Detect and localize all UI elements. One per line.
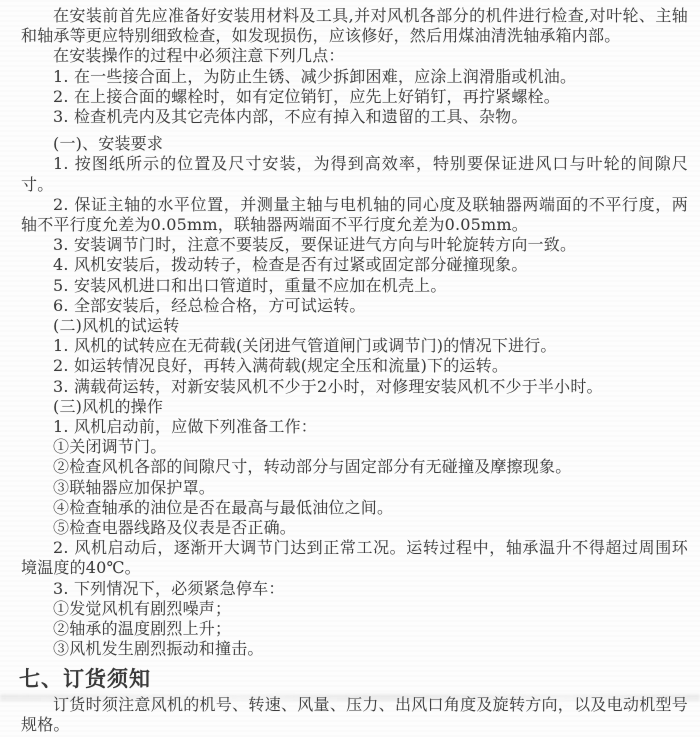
prep-step-3: ③联轴器应加保护罩。 <box>21 478 688 498</box>
install-requirement-6: 6. 全部安装后，经总检合格，方可试运转。 <box>21 296 688 316</box>
intro-paragraph: 在安装前首先应准备好安装用材料及工具,并对风机各部分的机件进行检查,对叶轮、主轴… <box>21 6 688 46</box>
emergency-condition-3: ③风机发生剧烈振动和撞击。 <box>21 639 688 659</box>
prep-step-2: ②检查风机各部的间隙尺寸，转动部分与固定部分有无碰撞及摩擦现象。 <box>21 457 688 477</box>
operation-running-note: 2. 风机启动后，逐渐开大调节门达到正常工况。运转过程中，轴承温升不得超过周围环… <box>21 538 688 578</box>
install-note-3: 3. 检查机壳内及其它壳体内部，不应有掉入和遗留的工具、杂物。 <box>21 107 688 127</box>
emergency-condition-1: ①发觉风机有剧烈噪声； <box>21 599 688 619</box>
subsection-heading-trial-run: (二)风机的试运转 <box>21 316 688 336</box>
subsection-heading-operation: (三)风机的操作 <box>21 397 688 417</box>
install-note-2: 2. 在上接合面的螺栓时，如有定位销钉，应先上好销钉，再拧紧螺栓。 <box>21 87 688 107</box>
install-requirement-5: 5. 安装风机进口和出口管道时，重量不应加在机壳上。 <box>21 276 688 296</box>
trial-run-3: 3. 满载荷运转，对新安装风机不少于2小时，对修理安装风机不少于半小时。 <box>21 377 688 397</box>
operation-prep-intro: 1. 风机启动前，应做下列准备工作： <box>21 417 688 437</box>
install-notes-intro: 在安装操作的过程中必须注意下列几点： <box>21 46 688 66</box>
trial-run-1: 1. 风机的试转应在无荷载(关闭进气管道闸门或调节门)的情况下进行。 <box>21 336 688 356</box>
emergency-condition-2: ②轴承的温度剧烈上升； <box>21 619 688 639</box>
section-heading-order-notice: 七、订货须知 <box>19 666 688 692</box>
prep-step-5: ⑤检查电器线路及仪表是否正确。 <box>21 518 688 538</box>
order-notice-paragraph: 订货时须注意风机的机号、转速、风量、压力、出风口角度及旋转方向，以及电动机型号规… <box>21 695 688 735</box>
install-requirement-1: 1. 按图纸所示的位置及尺寸安装，为得到高效率，特别要保证进风口与叶轮的间隙尺寸… <box>21 154 688 194</box>
prep-step-1: ①关闭调节门。 <box>21 437 688 457</box>
subsection-heading-install-requirements: (一)、安装要求 <box>21 134 688 154</box>
document-page: 在安装前首先应准备好安装用材料及工具,并对风机各部分的机件进行检查,对叶轮、主轴… <box>0 0 700 737</box>
install-note-1: 1. 在一些接合面上，为防止生锈、减少拆卸困难，应涂上润滑脂或机油。 <box>21 67 688 87</box>
install-requirement-4: 4. 风机安装后，拨动转子，检查是否有过紧或固定部分碰撞现象。 <box>21 255 688 275</box>
install-requirement-3: 3. 安装调节门时，注意不要装反，要保证进气方向与叶轮旋转方向一致。 <box>21 235 688 255</box>
prep-step-4: ④检查轴承的油位是否在最高与最低油位之间。 <box>21 498 688 518</box>
emergency-stop-intro: 3. 下列情况下，必须紧急停车： <box>21 579 688 599</box>
install-requirement-2: 2. 保证主轴的水平位置，并测量主轴与电机轴的同心度及联轴器两端面的不平行度，两… <box>21 195 688 235</box>
trial-run-2: 2. 如运转情况良好，再转入满荷载(规定全压和流量)下的运转。 <box>21 356 688 376</box>
